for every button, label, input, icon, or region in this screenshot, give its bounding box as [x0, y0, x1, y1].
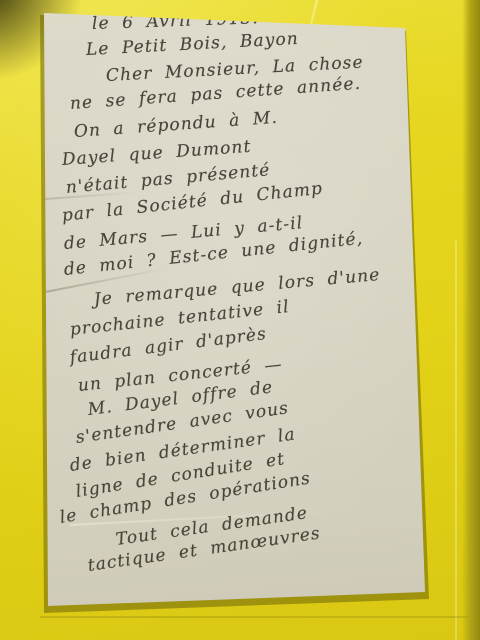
background-crease [455, 240, 457, 640]
location-line: Le Petit Bois, Bayon [86, 31, 300, 59]
photo-right-edge-shadow [462, 0, 480, 640]
letter-photo: le 6 Avril 1913. Le Petit Bois, Bayon Ch… [0, 0, 480, 640]
background-crease [40, 616, 480, 618]
